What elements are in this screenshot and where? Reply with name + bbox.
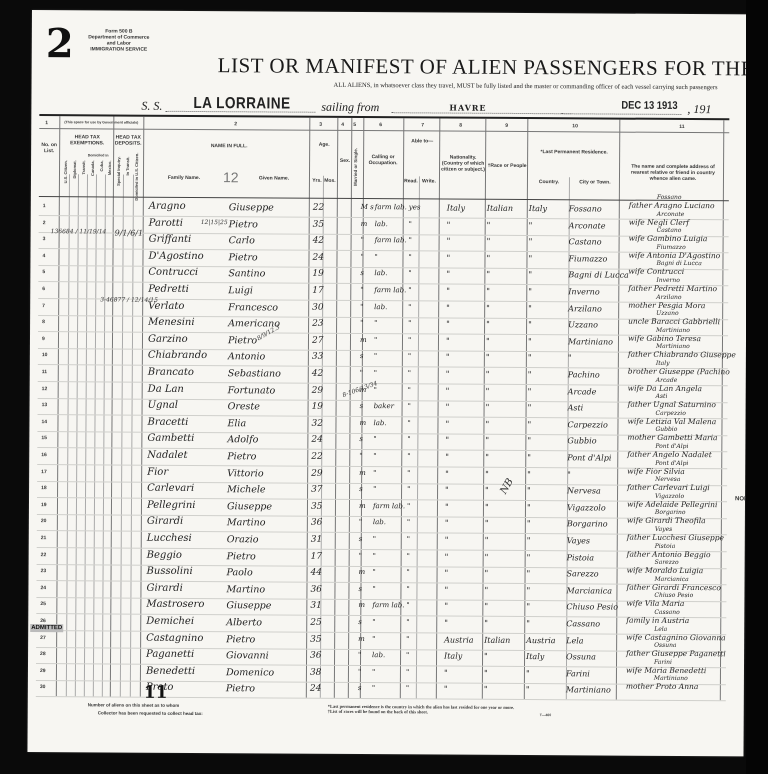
race: " [484,652,488,661]
family-name: Girardi [146,583,182,594]
residence-city: Gubbio [567,437,596,446]
nearest-relative: father Ugnal Saturnino [628,400,716,410]
race: " [486,353,490,362]
read-write: " [407,519,410,527]
read-write: " [406,618,409,626]
nearest-relative: father Aragno Luciano [629,201,715,211]
race-header: †Race or People [487,163,527,169]
row-number: 11 [42,369,47,375]
read-write: " [407,568,410,576]
nationality: " [445,552,449,561]
family-name: Beggio [147,549,182,560]
read-write: " [408,369,411,377]
race: " [485,420,489,429]
nearest-relative: uncle Baracci Gabbrielli [628,317,720,327]
race: " [485,552,489,561]
nearest-relative: wife Da Lan Angela [628,383,702,392]
given-name: Pietro [228,335,257,346]
relative-city: Vayes [655,526,672,533]
race: " [486,270,490,279]
given-name: Sebastiano [228,368,281,379]
manifest-title: LIST OR MANIFEST OF ALIEN PASSENGERS FOR… [218,53,768,82]
row-number: 6 [42,286,45,292]
marital-status: " [360,286,363,294]
read-write: " [408,386,411,394]
nationality: " [446,370,450,379]
nationality: " [446,320,450,329]
service: IMMIGRATION SERVICE [84,46,154,52]
nearest-relative: father Angelo Nadalet [627,450,712,460]
read-header: Read. [403,178,419,184]
marital-status: m [360,336,367,344]
nearest-relative: family in Austria [626,616,689,625]
marital-status: s [360,402,364,410]
col-num-3: 3 [319,122,322,128]
residence-country: Italy [529,204,547,213]
occupation: " [373,568,376,576]
nationality: " [444,619,448,628]
marital-status: " [359,452,362,460]
residence-country: " [527,486,531,495]
age-years: 29 [312,385,324,395]
read-write: yes [409,203,421,211]
form-code: T—460 [540,713,552,717]
read-write: " [406,685,409,693]
occupation: lab. [375,220,388,228]
col-num-4: 4 [341,122,344,128]
given-name: Fortunato [228,385,276,396]
read-write: " [406,651,409,659]
relative-city: Fiumazzo [657,244,686,251]
race: " [484,586,488,595]
family-name: Parotti [149,217,183,228]
occupation: " [372,635,375,643]
relative-city: Sarezzo [655,559,679,566]
occupation: " [373,552,376,560]
subhead-us-citizen: U.S. Citizen. [63,160,68,183]
residence-country: " [528,320,532,329]
race: " [486,337,490,346]
marital-status: " [359,518,362,526]
col-num-9: 9 [505,123,508,129]
nationality: " [445,536,449,545]
age-years: 35 [313,219,325,229]
no-on-list-header: No. on List. [39,142,59,154]
occupation: " [373,452,376,460]
age-years: 44 [311,568,323,578]
relative-header: The name and complete address of nearest… [623,164,723,183]
family-name: Brancato [148,367,194,378]
residence-country: " [528,270,532,279]
marital-status: " [358,668,361,676]
read-write: " [406,635,409,643]
footnotes: *Last permanent residence is the country… [328,704,515,715]
given-name: Michele [227,484,266,495]
manifest-sheet: 2 Form 500 B Department of Commerce and … [27,10,748,756]
marital-status: m [359,419,366,427]
nationality: " [445,569,449,578]
nearest-relative: father Giuseppe Paganetti [626,649,726,659]
occupation: " [372,684,375,692]
row-number: 10 [42,352,48,358]
row-number: 30 [40,684,46,690]
relative-city: Lela [654,625,667,632]
marital-status: m [359,568,366,576]
relative-city: Pont d'Alpi [655,459,688,466]
family-name: D'Agostino [148,251,203,262]
aliens-count-label: Number of aliens on this sheet as to who… [88,702,180,708]
relative-city: Martiniano [656,343,690,350]
given-name: Pietro [227,451,256,462]
nationality: " [446,287,450,296]
row-number: 7 [42,303,45,309]
annotation-row4-mid: 9/1/6/1 [115,229,144,238]
given-name: Pietro [227,551,256,562]
read-write: " [409,236,412,244]
city-header: City or Town. [573,179,617,185]
subhead-domiciled: Domiciled in U.S. Citizen. [134,153,139,201]
scan-edge [746,0,768,774]
nationality: " [446,386,450,395]
nearest-relative: mother Proto Anna [626,682,699,691]
years-header: Yrs. [311,178,323,184]
residence-city: Martiniano [566,686,611,695]
row-number: 27 [40,635,46,641]
residence-country: " [528,353,532,362]
relative-city: Uzzano [656,310,678,317]
nearest-relative: wife Moraldo Luigia [627,566,704,575]
nationality: " [444,585,448,594]
occupation: " [374,253,377,261]
read-write: " [407,552,410,560]
nearest-relative: mother Gambetti Maria [627,433,717,443]
age-years: 31 [310,601,322,611]
relative-city: Gubbio [655,426,677,433]
col-num-1: 1 [45,120,48,126]
row-number: 3 [43,236,46,242]
manifest-table: 1 (This space for use by Government offi… [36,114,730,700]
read-write: " [407,535,410,543]
given-name: Santino [228,269,265,280]
relative-city: Vigazzolo [655,493,684,500]
read-write: " [407,436,410,444]
row-number: 16 [41,452,47,458]
residence-country: " [528,287,532,296]
nationality: Austria [444,635,473,644]
nearest-relative: wife Castagnino Giovanna [626,632,726,642]
nationality: " [445,486,449,495]
residence-country: " [528,370,532,379]
race: " [484,602,488,611]
family-name: Garzino [148,334,188,345]
occupation: " [374,352,377,360]
race: " [485,569,489,578]
nearest-relative: father Girardi Francesco [626,582,720,592]
marital-status: " [361,236,364,244]
occupation: " [373,469,376,477]
given-name: Pietro [226,634,255,645]
family-name: Gambetti [147,433,194,444]
race: Italian [484,635,510,644]
residence-city: Pistoia [567,553,594,562]
nationality: " [445,436,449,445]
race: " [486,320,490,329]
residence-city: Farini [566,669,590,678]
row-number: 2 [43,220,46,226]
row-number: 15 [41,435,47,441]
occupation: lab. [374,269,387,277]
relative-city: Arconate [657,210,685,217]
given-name: Elia [227,418,246,429]
residence-country: " [529,237,533,246]
row-number: 17 [41,469,47,475]
nationality: " [446,303,450,312]
family-name: Castagnino [146,632,203,643]
col-num-8: 8 [459,123,462,129]
nearest-relative: father Lucchesi Giuseppe [627,533,724,543]
nationality: Italy [444,652,462,661]
occupation: lab. [373,419,386,427]
age-years: 38 [310,668,322,678]
read-write: " [407,452,410,460]
residence-country: " [529,221,533,230]
country-header: Country. [529,179,569,185]
age-years: 24 [312,253,324,263]
residence-city: Marcianica [566,586,612,595]
relative-city: Arzilano [656,293,681,300]
residence-city: Fossano [569,204,602,213]
given-name: Carlo [229,235,255,246]
row-number: 8 [42,319,45,325]
subhead-in-transit: In Transit. [125,157,130,176]
marital-status: " [360,369,363,377]
read-write: " [407,469,410,477]
family-name: Paganetti [146,649,194,660]
occupation: farm lab. [375,203,407,211]
given-name: Alberto [226,617,262,628]
family-name: Menesini [148,317,195,328]
read-write: " [408,286,411,294]
age-years: 17 [312,286,324,296]
residence-country: " [526,602,530,611]
relative-city: Pont d'Alpi [655,443,688,450]
ss-label: S. S. [141,99,162,114]
occupation: farm lab. [373,502,405,510]
marital-status: m [361,220,368,228]
residence-city: Chiuso Pesio [566,603,618,612]
family-name: Contrucci [148,267,198,278]
row-number: 5 [42,269,45,275]
relative-city: Martiniano [654,675,688,682]
relative-city: Arcade [656,376,678,383]
exempt-label: Domiciled in [83,152,113,158]
age-years: 25 [310,618,322,628]
family-name: Bracetti [147,417,188,428]
marital-status: s [358,585,362,593]
age-years: 33 [312,352,324,362]
residence-city: Arconate [569,221,606,230]
row-number: 25 [40,601,46,607]
age-years: 32 [311,419,323,429]
nearest-relative: wife Contrucci [628,267,684,276]
given-name: Francesco [228,302,278,313]
residence-city: Asti [568,403,584,412]
race: " [486,370,490,379]
read-write: " [408,402,411,410]
relative-city: Bagni di Lucca [656,260,701,267]
family-name: Demichei [146,616,194,627]
occupation: " [374,336,377,344]
given-name: Antonio [228,352,265,363]
residence-country: " [527,420,531,429]
residence-city: Nervesa [567,486,601,495]
residence-country: " [527,519,531,528]
row-number: 19 [41,502,47,508]
age-years: 17 [311,551,323,561]
occupation: lab. [374,303,387,311]
age-years: 31 [311,535,323,545]
marital-status: s [359,535,363,543]
given-name: Paolo [227,567,253,578]
race: " [485,536,489,545]
col-num-11: 11 [679,124,684,130]
residence-city: Uzzano [568,320,598,329]
residence-city: Castano [569,237,602,246]
row-number: 29 [40,668,46,674]
marital-status: " [360,253,363,261]
subhead-special-inquiry: Special Inquiry. [116,157,121,186]
relative-city: Carpezzio [656,410,686,417]
nearest-relative: wife Maria Benedetti [626,665,706,674]
race: " [486,303,490,312]
family-name: Pedretti [148,284,189,295]
nationality: " [445,519,449,528]
race: " [484,669,488,678]
annotation-row4-left: 136684 / 11/19/14 [51,228,107,235]
given-name: Pietro [226,684,255,695]
row-number: 20 [41,518,47,524]
row-number: 1 [43,203,46,209]
age-years: 42 [313,236,325,246]
residence-city: Arcade [568,387,597,396]
family-name-header: Family Name. [149,175,219,181]
ship-name: LA LORRAINE [193,95,290,114]
residence-city: Carpezzio [567,420,607,429]
nearest-relative: father Chiabrando Giuseppe [628,350,736,360]
marital-status: s [358,618,362,626]
marital-status: m [359,502,366,510]
residence-country: " [527,536,531,545]
relative-city: Martiniano [656,327,690,334]
race: Italian [487,204,513,213]
relative-city: Fossano [657,194,682,201]
age-years: 42 [312,369,324,379]
residence-country: " [528,403,532,412]
marital-status: m [359,469,366,477]
admitted-stamp: ADMITTED [30,624,63,632]
nationality: " [446,403,450,412]
name-column-number: 12 [223,169,239,185]
read-write: " [408,303,411,311]
able-to-header: Able to— [407,138,437,144]
table-row: 30ProtoPietro24s"""""Martinianomother Pr… [36,681,726,701]
given-name: Giuseppe [227,501,272,512]
given-name: Orazio [227,534,259,545]
relative-city: Inverno [656,277,680,284]
age-years: 23 [312,319,324,329]
given-name: Giuseppe [229,202,274,213]
nationality: " [447,237,451,246]
row-number: 24 [40,585,46,591]
nearest-relative: wife Letizia Val Malena [627,416,716,426]
relative-city: Borgarino [655,509,686,516]
race: " [485,503,489,512]
age-years: 19 [312,402,324,412]
family-name: Ugnal [148,400,179,411]
nationality: " [446,353,450,362]
marital-status: " [360,303,363,311]
occupation: farm lab. [374,286,406,294]
family-name: Griffanti [149,234,192,245]
residence-city: Borgarino [567,520,608,529]
col-num-5: 5 [353,122,356,128]
relative-city: Nervesa [655,476,680,483]
race: " [485,453,489,462]
age-header: Age. [311,142,337,148]
age-years: 35 [311,502,323,512]
occupation: " [373,535,376,543]
race: " [485,519,489,528]
collector-label: Collector has been requested to collect … [98,710,203,716]
occupation: " [372,585,375,593]
read-write: " [406,668,409,676]
col-num-7: 7 [421,122,424,128]
race: " [485,436,489,445]
col-num-10: 10 [572,123,578,129]
residence-city: Arzilano [568,304,602,313]
age-years: 37 [311,485,323,495]
year-label: , 191 [687,102,711,117]
departure-date-stamp: DEC 13 1913 [621,100,677,112]
family-name: Chiabrando [148,350,207,361]
row-number: 18 [41,485,47,491]
row-number: 21 [41,535,47,541]
head-tax-exemptions-header: HEAD TAX EXEMPTIONS. [61,134,113,146]
occupation-header: Calling or Occupation. [365,154,401,166]
age-years: 35 [310,634,322,644]
subhead-diplomat: Diplomat. [72,160,77,178]
nationality-header: Nationality. (Country of which citizen o… [441,155,485,173]
row-number: 28 [40,651,46,657]
occupation: " [372,618,375,626]
residence-city: Fiumazzo [568,254,607,263]
residence-city: Lela [566,636,583,645]
marital-status: m [358,601,365,609]
residence-country: " [526,586,530,595]
read-write: " [408,319,411,327]
race: " [486,403,490,412]
col-num-6: 6 [379,122,382,128]
nearest-relative: father Carlevari Luigi [627,483,710,493]
family-name: Aragno [149,201,186,212]
date-line [561,113,681,115]
residence-country: " [527,503,531,512]
marital-status: " [358,651,361,659]
nationality: " [444,602,448,611]
sailing-from-label: sailing from [321,100,379,115]
nearest-relative: wife Gabino Teresa [628,333,701,342]
read-write: " [409,220,412,228]
